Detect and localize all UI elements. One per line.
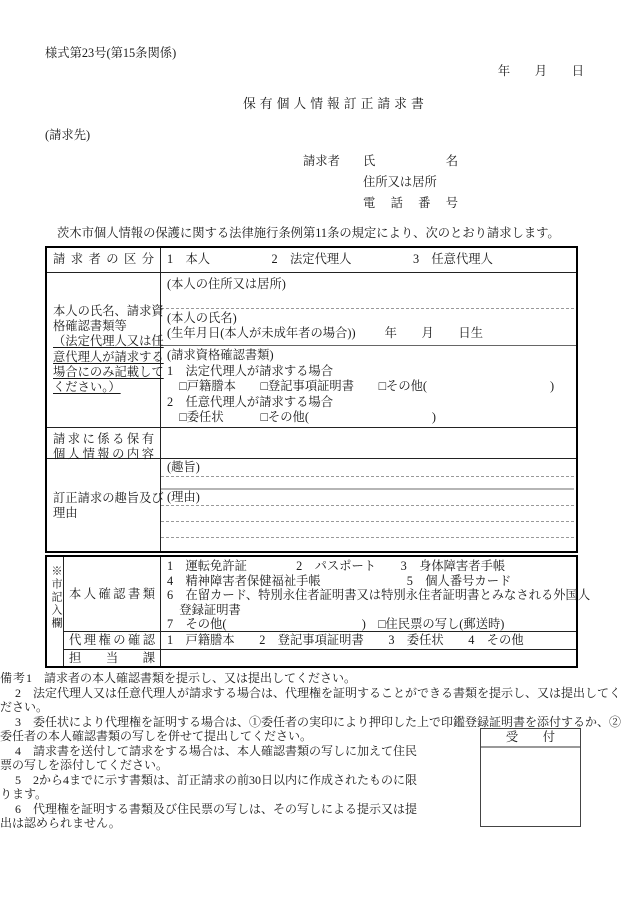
docs-case1: 1 法定代理人が請求する場合 — [167, 364, 554, 380]
requester-address-label: 住所又は居所 — [363, 172, 458, 193]
qualification-docs-block: (請求資格確認書類) 1 法定代理人が請求する場合 □戸籍謄本 □登記事項証明書… — [167, 348, 554, 426]
docs-case1-checkboxes: □戸籍謄本 □登記事項証明書 □その他( ) — [167, 379, 554, 395]
category-row-label: 請求者の区分 — [53, 252, 154, 267]
note-item: 2法定代理人又は任意代理人が請求する場合は、代理権を証明することができる書類を提… — [0, 686, 630, 715]
identity-docs-options: 1 運転免許証 2 パスポート 3 身体障害者手帳 4 精神障害者保健福祉手帳 … — [167, 559, 590, 632]
note-item: 52から4までに示す書類は、訂正請求の前30日以内に作成されたものに限ります。 — [0, 773, 420, 802]
dashed-divider — [161, 476, 574, 477]
notes-heading: 備考 — [0, 671, 26, 685]
sub-divider — [161, 345, 576, 346]
category-options: 1 本人 2 法定代理人 3 任意代理人 — [167, 252, 493, 267]
form-number: 様式第23号(第15条関係) — [45, 46, 176, 61]
identity-docs-label: 本人確認書類 — [69, 587, 155, 602]
row-divider — [64, 649, 576, 650]
requester-name-label: 氏名 — [363, 151, 458, 172]
requester-block: 請求者 氏名 住所又は居所 電話番号 — [303, 151, 458, 214]
city-use-side-label: ※市記入欄 — [48, 565, 63, 630]
reception-label: 受 付 — [481, 729, 580, 748]
note-item: 備考1請求者の本人確認書類を提示し、又は提出してください。 — [0, 671, 630, 686]
purport-caption: (趣旨) — [167, 460, 200, 475]
requester-label: 請求者 — [303, 151, 363, 172]
proxy-authority-label: 代理権の確認 — [69, 633, 155, 648]
page-title: 保有個人情報訂正請求書 — [243, 97, 428, 112]
note-item: 4請求書を送付して請求をする場合は、本人確認書類の写しに加えて住民票の写しを添付… — [0, 744, 420, 773]
note-item: 6代理権を証明する書類及び住民票の写しは、その写しによる提示又は提出は認められま… — [0, 802, 420, 831]
form-page: 様式第23号(第15条関係) 年 月 日 保有個人情報訂正請求書 (請求先) 請… — [0, 0, 630, 903]
main-table: 請求者の区分 1 本人 2 法定代理人 3 任意代理人 本人の氏名、請求資 格確… — [45, 246, 578, 553]
principal-address-caption: (本人の住所又は居所) — [167, 277, 286, 292]
birth-caption: (生年月日(本人が未成年者の場合)) — [167, 326, 356, 340]
dashed-divider — [161, 537, 574, 538]
requester-phone-label: 電話番号 — [363, 193, 458, 214]
principal-name-caption: (本人の氏名) — [167, 311, 237, 326]
addressee-label: (請求先) — [45, 128, 90, 143]
dashed-divider — [161, 308, 574, 309]
purport-reason-row-label: 訂正請求の趣旨及び 理由 — [53, 491, 164, 521]
principal-row-label: 本人の氏名、請求資 格確認書類等 （法定代理人又は任 意代理人が請求する 場合に… — [53, 304, 164, 395]
docs-case2: 2 任意代理人が請求する場合 — [167, 395, 554, 411]
date-line: 年 月 日 — [498, 64, 584, 79]
principal-birth-line: (生年月日(本人が未成年者の場合)) 年 月 日生 — [167, 326, 483, 341]
birth-date-blanks: 年 月 日生 — [385, 326, 483, 340]
docs-case2-checkboxes: □委任状 □その他( ) — [167, 410, 554, 426]
docs-caption: (請求資格確認書類) — [167, 348, 554, 364]
info-content-row-label: 請求に係る保有 個人情報の内容 — [53, 432, 154, 462]
reception-stamp-box: 受 付 — [480, 728, 581, 827]
dashed-divider — [161, 521, 574, 522]
responsible-section-label: 担当課 — [69, 651, 155, 666]
row-divider — [47, 427, 576, 428]
proxy-authority-options: 1 戸籍謄本 2 登記事項証明書 3 委任状 4 その他 — [167, 633, 524, 648]
dashed-divider — [161, 505, 574, 506]
section-divider — [161, 488, 574, 490]
reason-caption: (理由) — [167, 490, 200, 505]
intro-sentence: 茨木市個人情報の保護に関する法律施行条例第11条の規定により、次のとおり請求しま… — [57, 226, 560, 241]
row-divider — [47, 272, 576, 273]
city-use-table: ※市記入欄 本人確認書類 1 運転免許証 2 パスポート 3 身体障害者手帳 4… — [45, 555, 578, 668]
